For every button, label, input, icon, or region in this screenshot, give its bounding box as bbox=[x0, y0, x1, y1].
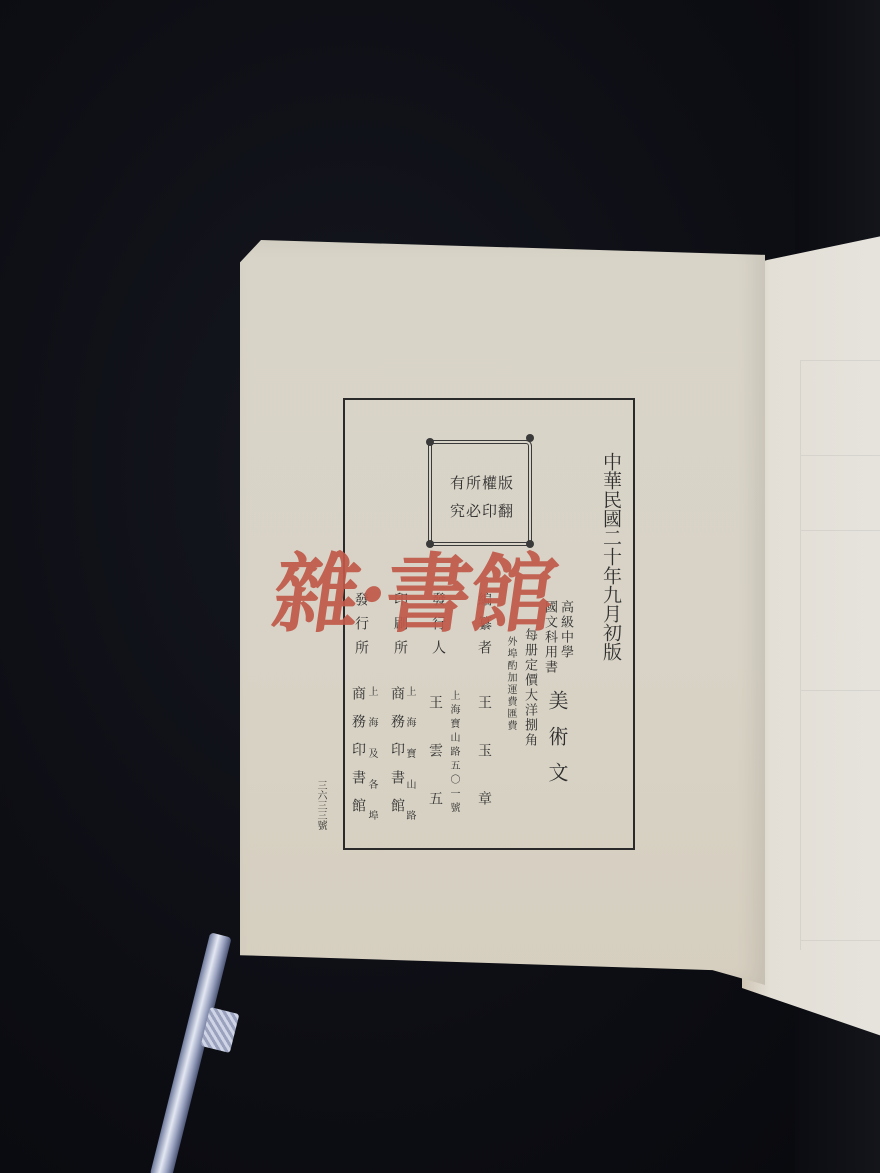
shipping-note: 外埠酌加運費匯費 bbox=[503, 636, 518, 732]
distributor-address: 上海及各埠 bbox=[364, 686, 379, 841]
printer-address: 上海寶山路 bbox=[402, 686, 417, 841]
pen-tool bbox=[150, 932, 232, 1173]
watermark-stamp: 雜·書館 bbox=[266, 525, 563, 649]
editor-name: 王玉章 bbox=[474, 695, 494, 839]
edition-date: 中華民國二十年九月初版 bbox=[598, 452, 625, 661]
ornament-flower-icon bbox=[426, 438, 434, 446]
copyright-line-1: 有所權版 bbox=[442, 472, 522, 493]
catalog-number: 三六三三號 bbox=[313, 780, 328, 830]
book-title: 美術文 bbox=[543, 690, 572, 798]
publisher-address: 上海寶山路五〇一號 bbox=[446, 690, 461, 816]
ornament-flower-icon bbox=[526, 434, 534, 442]
publisher-name: 王雲五 bbox=[425, 695, 445, 839]
right-page-ghost-grid bbox=[800, 360, 880, 950]
copyright-line-2: 究必印翻 bbox=[442, 500, 522, 521]
